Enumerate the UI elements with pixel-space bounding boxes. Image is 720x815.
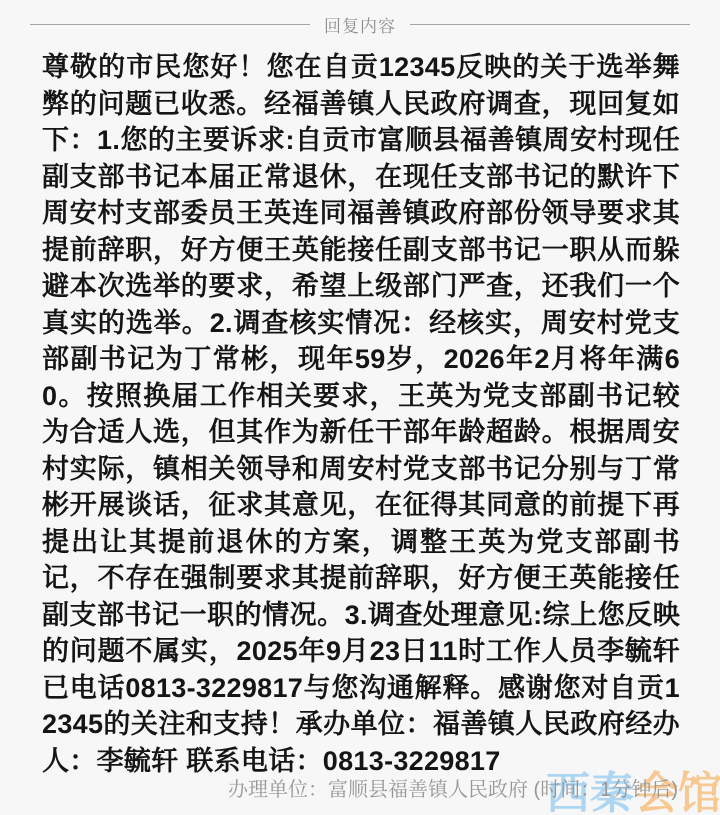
- header-title: 回复内容: [310, 12, 410, 37]
- reply-content-header: 回复内容: [0, 0, 720, 34]
- reply-body-text: 尊敬的市民您好！您在自贡12345反映的关于选举舞弊的问题已收悉。经福善镇人民政…: [42, 49, 680, 779]
- handling-unit-footer: 办理单位：富顺县福善镇人民政府 (时间：1分钟后): [228, 773, 678, 802]
- header-divider-left: [30, 24, 310, 25]
- header-divider-right: [410, 24, 690, 25]
